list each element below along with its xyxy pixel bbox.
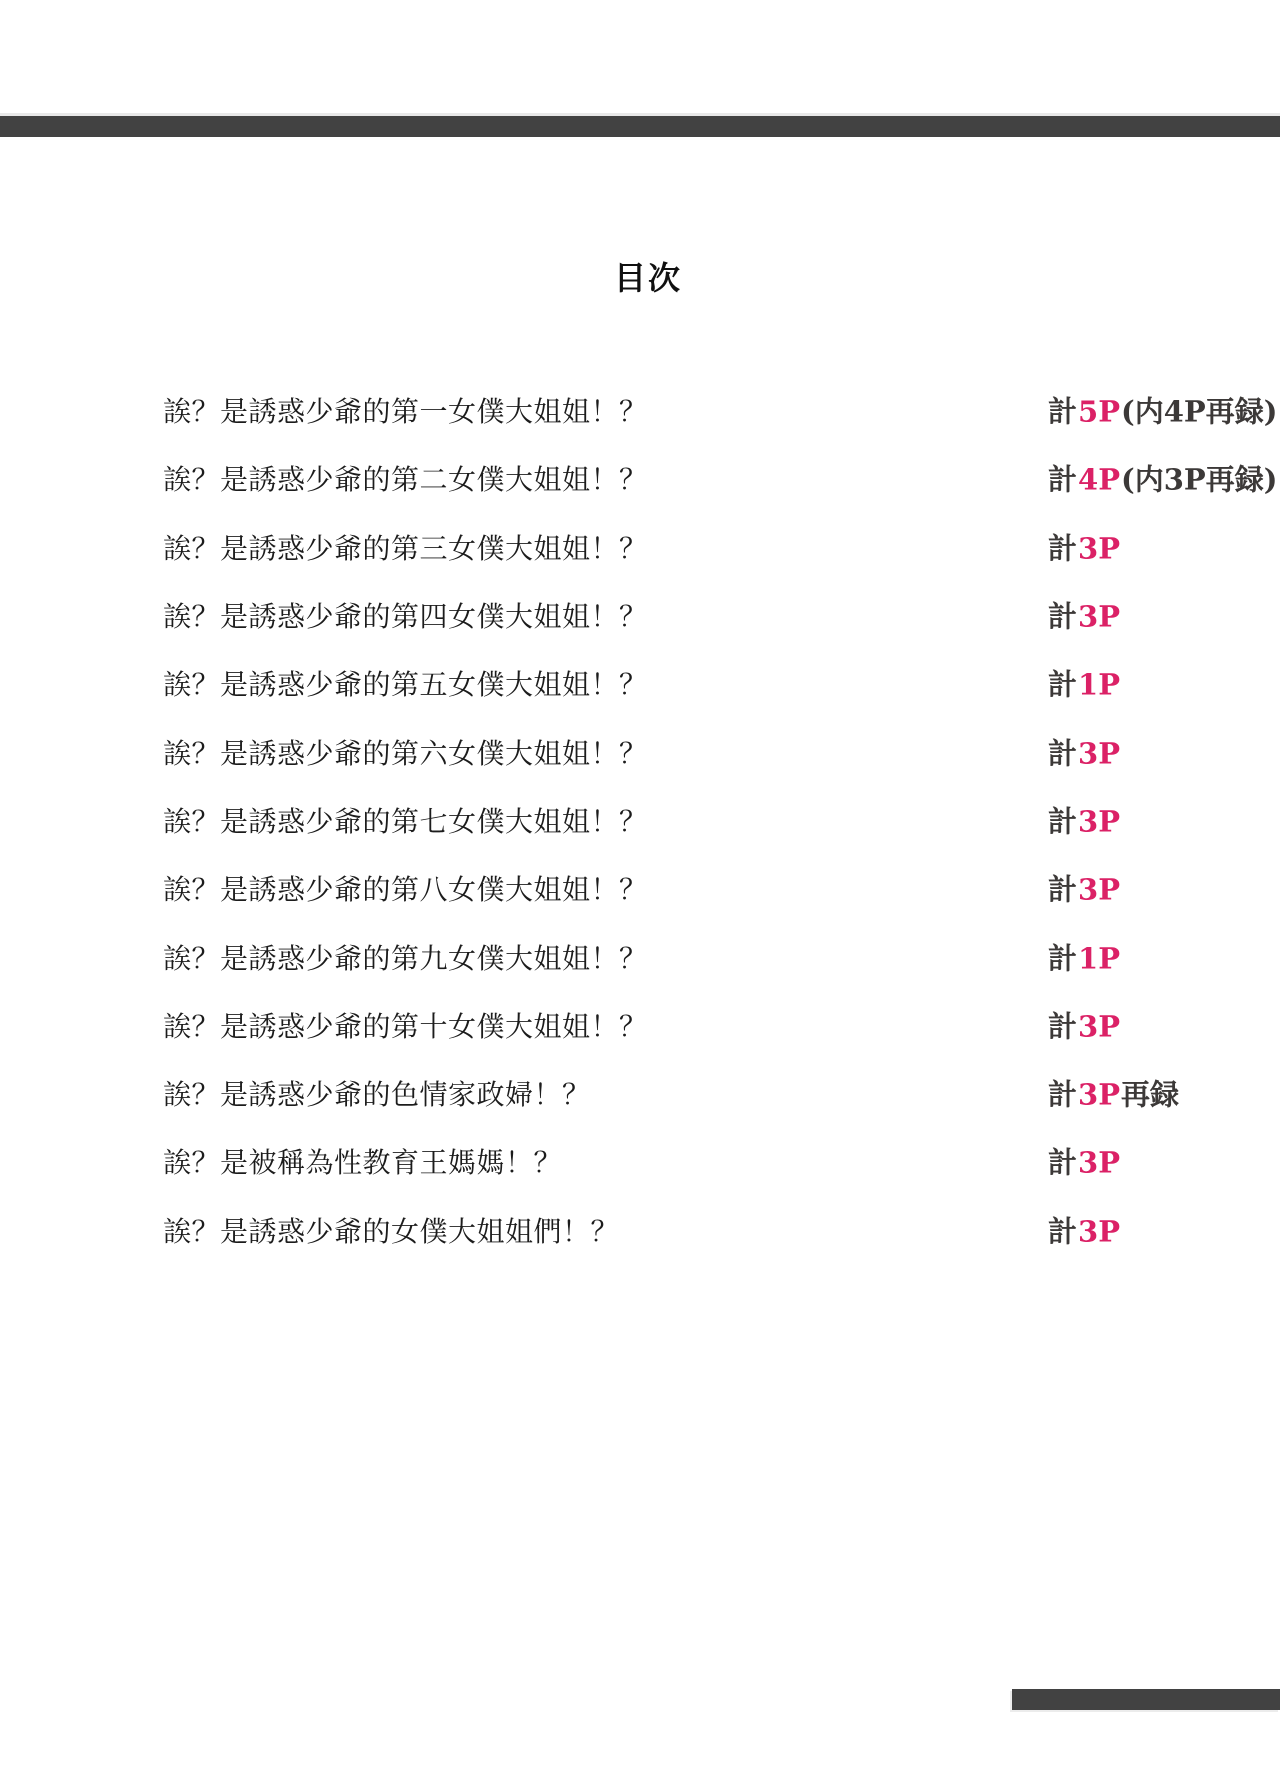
toc-row: 誒？是誘惑少爺的女僕大姐姐們！？ 計3P bbox=[0, 1196, 1280, 1264]
pagecount-prefix: 計 bbox=[1048, 395, 1077, 429]
toc-entry-pagecount: 計3P bbox=[1048, 526, 1121, 567]
toc-row: 誒？是誘惑少爺的第六女僕大姐姐！？ 計3P bbox=[0, 717, 1280, 785]
pagecount-suffix: 再録 bbox=[1121, 1078, 1179, 1112]
pagecount-value: 1P bbox=[1077, 941, 1121, 975]
toc-entry-pagecount: 計5P(内4P再録) bbox=[1048, 390, 1277, 431]
toc-entry-title: 誒？是被稱為性教育王媽媽！？ bbox=[163, 1141, 562, 1181]
toc-entry-title: 誒？是誘惑少爺的色情家政婦！？ bbox=[163, 1073, 591, 1113]
toc-entry-pagecount: 計3P bbox=[1048, 595, 1121, 636]
toc-entry-title: 誒？是誘惑少爺的女僕大姐姐們！？ bbox=[163, 1210, 619, 1250]
toc-entry-title: 誒？是誘惑少爺的第六女僕大姐姐！？ bbox=[163, 732, 648, 772]
pagecount-suffix: (内3P再録) bbox=[1121, 463, 1277, 497]
pagecount-value: 4P bbox=[1077, 463, 1121, 497]
pagecount-value: 3P bbox=[1077, 873, 1121, 907]
toc-entry-pagecount: 計3P bbox=[1048, 868, 1121, 909]
toc-row: 誒？是被稱為性教育王媽媽！？ 計3P bbox=[0, 1127, 1280, 1195]
toc-row: 誒？是誘惑少爺的色情家政婦！？ 計3P再録 bbox=[0, 1059, 1280, 1127]
toc-row: 誒？是誘惑少爺的第三女僕大姐姐！？ 計3P bbox=[0, 513, 1280, 581]
toc-entry-pagecount: 計3P再録 bbox=[1048, 1073, 1179, 1114]
pagecount-prefix: 計 bbox=[1048, 1078, 1077, 1112]
pagecount-prefix: 計 bbox=[1048, 668, 1077, 702]
pagecount-prefix: 計 bbox=[1048, 531, 1077, 565]
pagecount-prefix: 計 bbox=[1048, 600, 1077, 634]
toc-entry-pagecount: 計1P bbox=[1048, 663, 1121, 704]
pagecount-value: 3P bbox=[1077, 531, 1121, 565]
toc-entry-title: 誒？是誘惑少爺的第四女僕大姐姐！？ bbox=[163, 595, 648, 635]
toc-entry-title: 誒？是誘惑少爺的第十女僕大姐姐！？ bbox=[163, 1005, 648, 1045]
toc-entry-title: 誒？是誘惑少爺的第五女僕大姐姐！？ bbox=[163, 663, 648, 703]
pagecount-value: 3P bbox=[1077, 736, 1121, 770]
bottom-divider-bar bbox=[1012, 1689, 1280, 1710]
pagecount-value: 3P bbox=[1077, 1009, 1121, 1043]
pagecount-prefix: 計 bbox=[1048, 1214, 1077, 1248]
pagecount-value: 3P bbox=[1077, 1078, 1121, 1112]
toc-entry-pagecount: 計3P bbox=[1048, 1004, 1121, 1045]
toc-entry-title: 誒？是誘惑少爺的第八女僕大姐姐！？ bbox=[163, 868, 648, 908]
toc-row: 誒？是誘惑少爺的第五女僕大姐姐！？ 計1P bbox=[0, 649, 1280, 717]
pagecount-value: 3P bbox=[1077, 804, 1121, 838]
pagecount-value: 1P bbox=[1077, 668, 1121, 702]
pagecount-prefix: 計 bbox=[1048, 736, 1077, 770]
toc-entry-pagecount: 計3P bbox=[1048, 799, 1121, 840]
toc-entry-title: 誒？是誘惑少爺的第九女僕大姐姐！？ bbox=[163, 937, 648, 977]
toc-entry-title: 誒？是誘惑少爺的第一女僕大姐姐！？ bbox=[163, 390, 648, 430]
pagecount-prefix: 計 bbox=[1048, 463, 1077, 497]
pagecount-prefix: 計 bbox=[1048, 873, 1077, 907]
pagecount-suffix: (内4P再録) bbox=[1121, 395, 1277, 429]
toc-entry-pagecount: 計1P bbox=[1048, 936, 1121, 977]
toc-row: 誒？是誘惑少爺的第八女僕大姐姐！？ 計3P bbox=[0, 854, 1280, 922]
toc-entry-pagecount: 計3P bbox=[1048, 1141, 1121, 1182]
toc-entry-pagecount: 計4P(内3P再録) bbox=[1048, 458, 1277, 499]
toc-row: 誒？是誘惑少爺的第一女僕大姐姐！？ 計5P(内4P再録) bbox=[0, 376, 1280, 444]
pagecount-value: 3P bbox=[1077, 1146, 1121, 1180]
toc-row: 誒？是誘惑少爺的第四女僕大姐姐！？ 計3P bbox=[0, 581, 1280, 649]
pagecount-prefix: 計 bbox=[1048, 1146, 1077, 1180]
toc-entry-pagecount: 計3P bbox=[1048, 1209, 1121, 1250]
pagecount-value: 3P bbox=[1077, 1214, 1121, 1248]
pagecount-value: 5P bbox=[1077, 395, 1121, 429]
toc-row: 誒？是誘惑少爺的第十女僕大姐姐！？ 計3P bbox=[0, 991, 1280, 1059]
top-divider-bar bbox=[0, 116, 1280, 137]
toc-row: 誒？是誘惑少爺的第九女僕大姐姐！？ 計1P bbox=[0, 922, 1280, 990]
toc-entry-pagecount: 計3P bbox=[1048, 731, 1121, 772]
page-title: 目次 bbox=[0, 258, 1280, 298]
toc-entry-title: 誒？是誘惑少爺的第三女僕大姐姐！？ bbox=[163, 527, 648, 567]
toc-row: 誒？是誘惑少爺的第七女僕大姐姐！？ 計3P bbox=[0, 786, 1280, 854]
pagecount-prefix: 計 bbox=[1048, 941, 1077, 975]
pagecount-prefix: 計 bbox=[1048, 1009, 1077, 1043]
pagecount-value: 3P bbox=[1077, 600, 1121, 634]
toc-entry-title: 誒？是誘惑少爺的第二女僕大姐姐！？ bbox=[163, 458, 648, 498]
pagecount-prefix: 計 bbox=[1048, 804, 1077, 838]
toc-row: 誒？是誘惑少爺的第二女僕大姐姐！？ 計4P(内3P再録) bbox=[0, 444, 1280, 512]
toc-list: 誒？是誘惑少爺的第一女僕大姐姐！？ 計5P(内4P再録) 誒？是誘惑少爺的第二女… bbox=[0, 376, 1280, 1264]
toc-entry-title: 誒？是誘惑少爺的第七女僕大姐姐！？ bbox=[163, 800, 648, 840]
